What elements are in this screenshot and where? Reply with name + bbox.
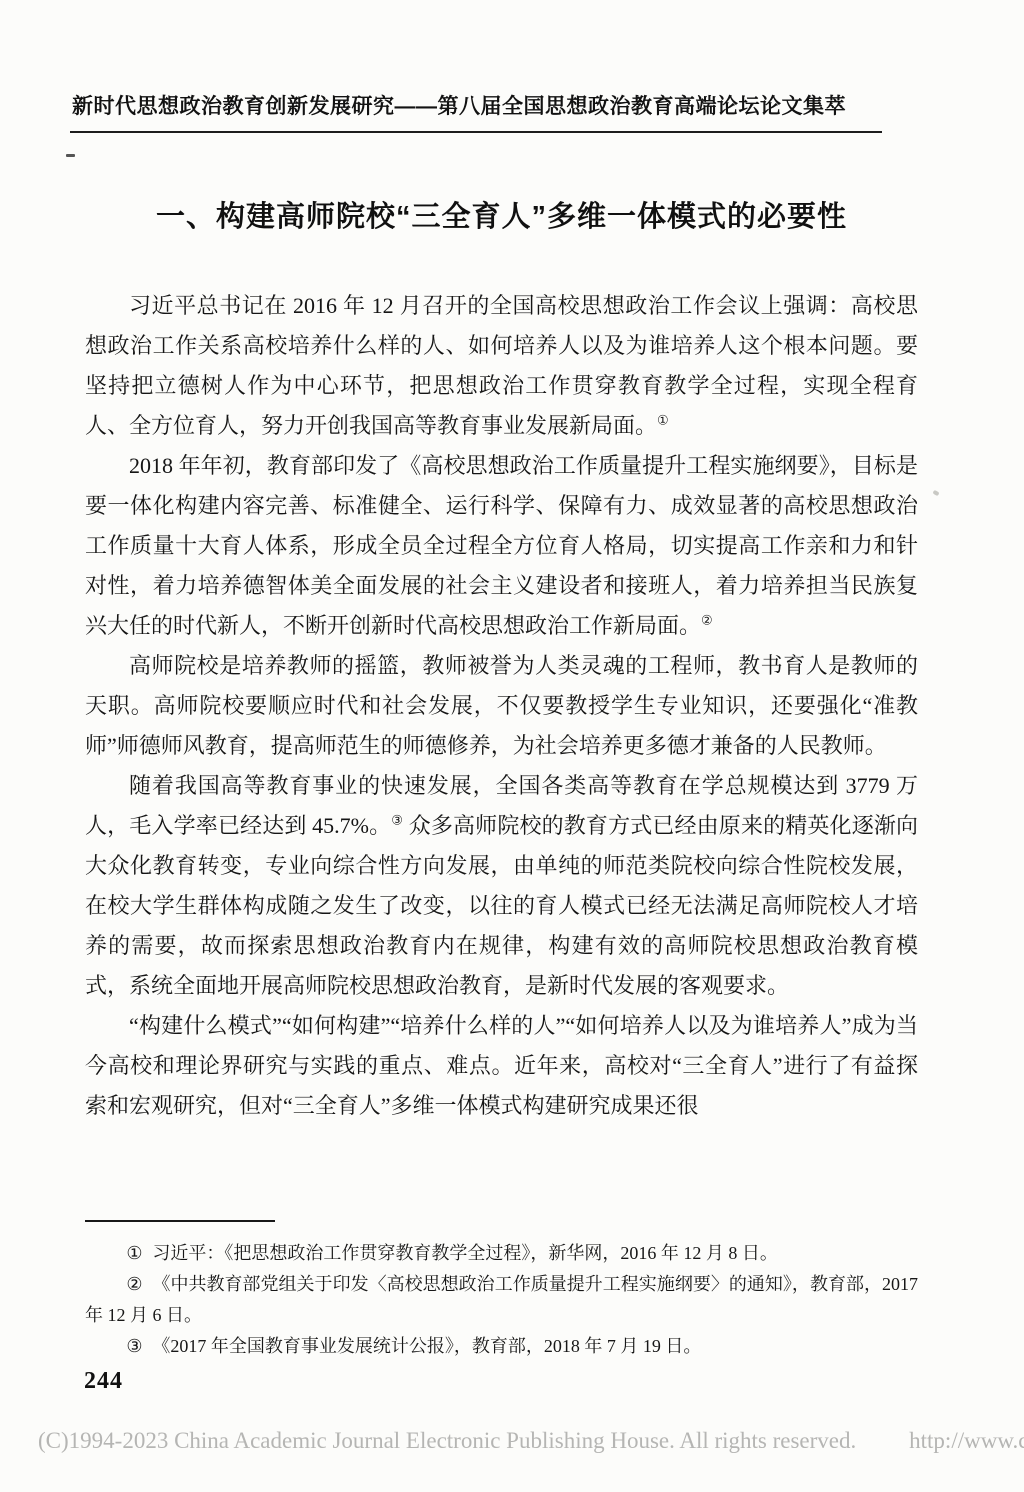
paragraph-text: 2018 年年初，教育部印发了《高校思想政治工作质量提升工程实施纲要》，目标是要… <box>85 453 918 638</box>
body-paragraph-4: 随着我国高等教育事业的快速发展，全国各类高等教育在学总规模达到 3779 万人，… <box>85 766 918 1006</box>
footnote-marker: ③ <box>126 1336 142 1356</box>
body-paragraph-3: 高师院校是培养教师的摇篮，教师被誉为人类灵魂的工程师，教书育人是教师的天职。高师… <box>85 646 918 766</box>
paragraph-text: 习近平总书记在 2016 年 12 月召开的全国高校思想政治工作会议上强调：高校… <box>85 293 918 438</box>
footnote-text: 《中共教育部党组关于印发〈高校思想政治工作质量提升工程实施纲要〉的通知》，教育部… <box>85 1274 918 1325</box>
copyright-footer: (C)1994-2023 China Academic Journal Elec… <box>38 1428 1024 1454</box>
body-paragraph-2: 2018 年年初，教育部印发了《高校思想政治工作质量提升工程实施纲要》，目标是要… <box>85 446 918 646</box>
footnote-ref-1: ① <box>657 413 669 428</box>
footnotes-section: ①习近平：《把思想政治工作贯穿教育教学全过程》，新华网，2016 年 12 月 … <box>85 1220 918 1362</box>
footnote-separator <box>85 1220 275 1222</box>
footnote-3: ③《2017 年全国教育事业发展统计公报》，教育部，2018 年 7 月 19 … <box>85 1331 918 1362</box>
document-page: 新时代思想政治教育创新发展研究——第八届全国思想政治教育高端论坛论文集萃 一、构… <box>0 0 1024 1492</box>
copyright-text: (C)1994-2023 China Academic Journal Elec… <box>38 1428 856 1453</box>
page-number: 244 <box>84 1368 123 1395</box>
footnote-ref-2: ② <box>701 613 713 628</box>
paragraph-text: 高师院校是培养教师的摇篮，教师被誉为人类灵魂的工程师，教书育人是教师的天职。高师… <box>85 653 918 758</box>
section-title: 一、构建高师院校“三全育人”多维一体模式的必要性 <box>85 198 918 236</box>
body-paragraph-5: “构建什么模式”“如何构建”“培养什么样的人”“如何培养人以及为谁培养人”成为当… <box>85 1006 918 1126</box>
footnote-ref-3: ③ <box>391 813 403 828</box>
running-header: 新时代思想政治教育创新发展研究——第八届全国思想政治教育高端论坛论文集萃 <box>72 90 952 120</box>
footnote-text: 习近平：《把思想政治工作贯穿教育教学全过程》，新华网，2016 年 12 月 8… <box>152 1243 778 1263</box>
paragraph-text: “构建什么模式”“如何构建”“培养什么样的人”“如何培养人以及为谁培养人”成为当… <box>85 1013 918 1118</box>
footnote-marker: ① <box>126 1243 142 1263</box>
footnote-text: 《2017 年全国教育事业发展统计公报》，教育部，2018 年 7 月 19 日… <box>152 1336 701 1356</box>
paragraph-text: 众多高师院校的教育方式已经由原来的精英化逐渐向大众化教育转变，专业向综合性方向发… <box>85 813 918 998</box>
copyright-url: http://www.cnki.net <box>909 1428 1024 1453</box>
scan-artifact-speck <box>932 490 939 496</box>
footnote-1: ①习近平：《把思想政治工作贯穿教育教学全过程》，新华网，2016 年 12 月 … <box>85 1238 918 1269</box>
scan-artifact-dash <box>66 154 75 157</box>
document-body: 一、构建高师院校“三全育人”多维一体模式的必要性 习近平总书记在 2016 年 … <box>85 198 918 1126</box>
footnote-marker: ② <box>126 1274 142 1294</box>
footnote-2: ②《中共教育部党组关于印发〈高校思想政治工作质量提升工程实施纲要〉的通知》，教育… <box>85 1269 918 1331</box>
header-rule <box>70 131 882 133</box>
body-paragraph-1: 习近平总书记在 2016 年 12 月召开的全国高校思想政治工作会议上强调：高校… <box>85 286 918 446</box>
